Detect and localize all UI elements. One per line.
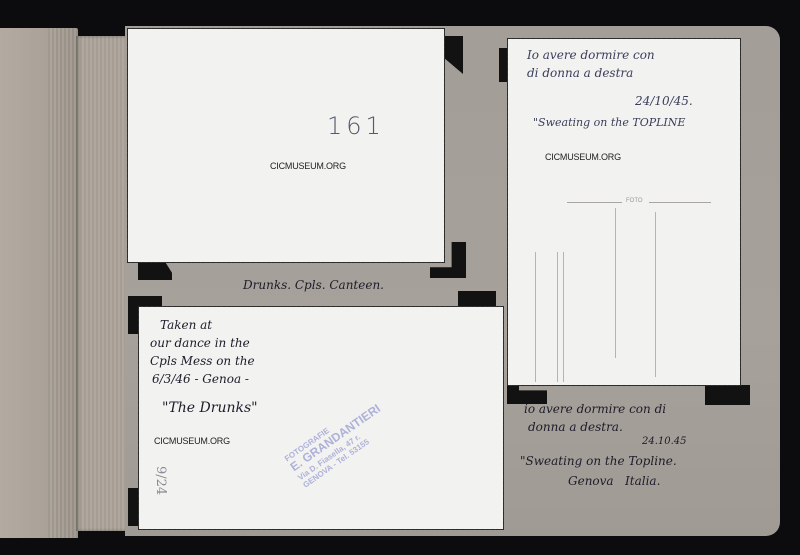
watermark: CICMUSEUM.ORG (270, 161, 346, 171)
postcard-rule (563, 252, 564, 382)
photo-back-topline: Io avere dormire con di donna a destra 2… (507, 38, 741, 386)
photo-corner (705, 385, 750, 405)
caption-drunks-canteen: Drunks. Cpls. Canteen. (243, 278, 384, 292)
caption-line-3: 24.10.45 (642, 436, 687, 447)
photo-back-161: 161 CICMUSEUM.ORG (127, 28, 445, 263)
note-line-3: Cpls Mess on the (150, 354, 255, 368)
postcard-rule (649, 202, 711, 203)
caption-line-1: io avere dormire con di (524, 402, 666, 416)
note-line-2: di donna a destra (527, 66, 633, 80)
note-line-5: "The Drunks" (162, 400, 258, 416)
note-line-2: our dance in the (150, 336, 250, 350)
postcard-rule (567, 202, 622, 203)
postcard-rule (535, 252, 536, 382)
note-line-3: 24/10/45. (635, 94, 693, 108)
note-line-1: Io avere dormire con (527, 48, 655, 62)
photo-number: 161 (327, 112, 385, 140)
postcard-label: FOTO (626, 198, 643, 204)
watermark: CICMUSEUM.ORG (154, 436, 230, 446)
left-album-page (0, 28, 78, 538)
caption-line-5: Genova Italia. (568, 474, 660, 488)
postcard-rule (655, 212, 656, 377)
postcard-rule (615, 208, 616, 358)
note-line-4: 6/3/46 - Genoa - (152, 372, 249, 386)
photo-corner (138, 262, 172, 280)
caption-line-2: donna a destra. (528, 420, 623, 434)
watermark: CICMUSEUM.ORG (545, 152, 621, 162)
note-line-1: Taken at (160, 318, 212, 332)
pencil-note: 9/24 (153, 466, 168, 495)
note-line-4: "Sweating on the TOPLINE (533, 116, 685, 129)
caption-line-4: "Sweating on the Topline. (520, 454, 677, 468)
photo-back-the-drunks: Taken at our dance in the Cpls Mess on t… (138, 306, 504, 530)
photographer-stamp: FOTOGRAFIE E. GRANDANTIERI Via D. Fiasel… (283, 395, 394, 490)
postcard-rule (557, 252, 558, 382)
